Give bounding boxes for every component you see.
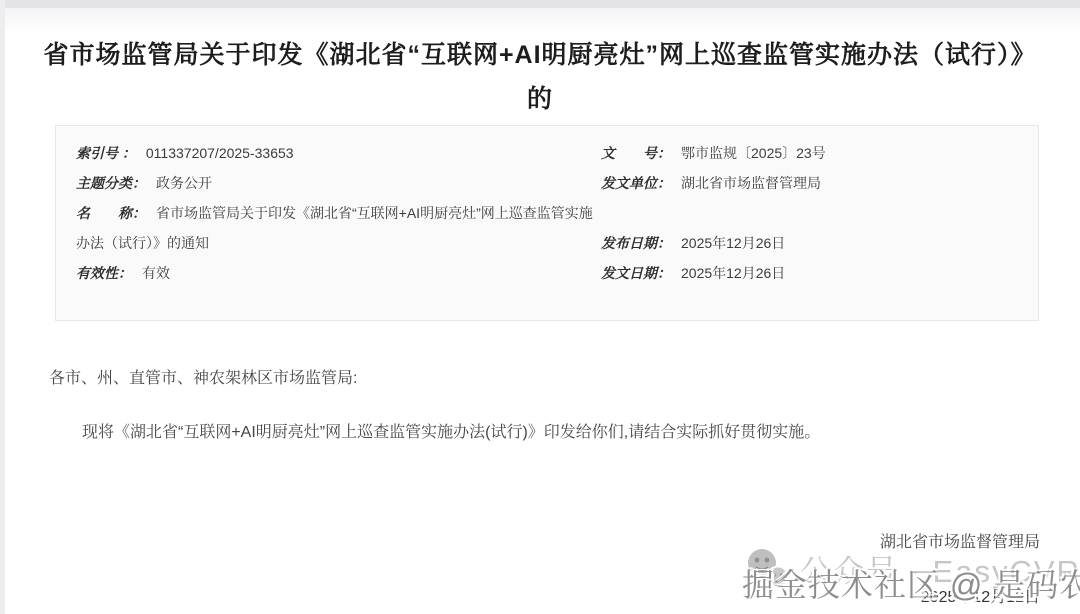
meta-row-issue-date: 发文日期：2025年12月26日 bbox=[601, 258, 1021, 288]
page-title-line1: 省市场监管局关于印发《湖北省“互联网+AI明厨亮灶”网上巡查监管实施办法（试行）… bbox=[43, 41, 1036, 113]
body-salutation: 各市、州、直管市、神农架林区市场监管局: bbox=[49, 367, 357, 391]
body-paragraph: 现将《湖北省“互联网+AI明厨亮灶”网上巡查监管实施办法(试行)》印发给你们,请… bbox=[82, 420, 1032, 446]
meta-label: 发布日期： bbox=[601, 235, 671, 251]
meta-row-document-number: 文 号：鄂市监规〔2025〕23号 bbox=[601, 138, 1021, 168]
meta-row-index-number: 索引号 ：011337207/2025-33653 bbox=[76, 138, 596, 168]
meta-value: 鄂市监规〔2025〕23号 bbox=[681, 145, 826, 161]
meta-label: 发文单位： bbox=[601, 175, 671, 191]
document-meta-table: 索引号 ：011337207/2025-33653 主题分类：政务公开 名 称：… bbox=[55, 125, 1039, 321]
meta-label: 有效性： bbox=[76, 265, 132, 281]
meta-value: 湖北省市场监督管理局 bbox=[681, 175, 821, 191]
meta-value: 2025年12月26日 bbox=[681, 235, 785, 251]
meta-row-document-name: 名 称：省市场监管局关于印发《湖北省“互联网+AI明厨亮灶”网上巡查监管实施办法… bbox=[76, 198, 596, 258]
meta-label: 索引号 ： bbox=[76, 145, 136, 161]
top-edge-fade bbox=[0, 8, 1080, 34]
meta-label: 主题分类： bbox=[76, 175, 146, 191]
meta-label: 文 号： bbox=[601, 145, 671, 161]
meta-row-topic-category: 主题分类：政务公开 bbox=[76, 168, 596, 198]
document-page: 省市场监管局关于印发《湖北省“互联网+AI明厨亮灶”网上巡查监管实施办法（试行）… bbox=[0, 0, 1080, 614]
meta-label: 名 称： bbox=[76, 205, 146, 221]
meta-value: 有效 bbox=[142, 265, 170, 281]
meta-row-validity: 有效性：有效 bbox=[76, 258, 596, 288]
meta-value: 011337207/2025-33653 bbox=[146, 145, 294, 161]
watermark-dark: 掘金技术社区 @ 是码农一枚 bbox=[742, 560, 1080, 606]
top-edge-strip bbox=[0, 0, 1080, 8]
left-edge-strip bbox=[0, 0, 5, 614]
meta-value: 政务公开 bbox=[156, 175, 212, 191]
meta-value: 2025年12月26日 bbox=[681, 265, 785, 281]
meta-label: 发文日期： bbox=[601, 265, 671, 281]
meta-value: 省市场监管局关于印发《湖北省“互联网+AI明厨亮灶”网上巡查监管实施办法（试行）… bbox=[76, 205, 593, 251]
meta-row-issuing-unit: 发文单位：湖北省市场监督管理局 bbox=[601, 168, 1021, 198]
meta-row-publish-date: 发布日期：2025年12月26日 bbox=[601, 228, 1021, 258]
